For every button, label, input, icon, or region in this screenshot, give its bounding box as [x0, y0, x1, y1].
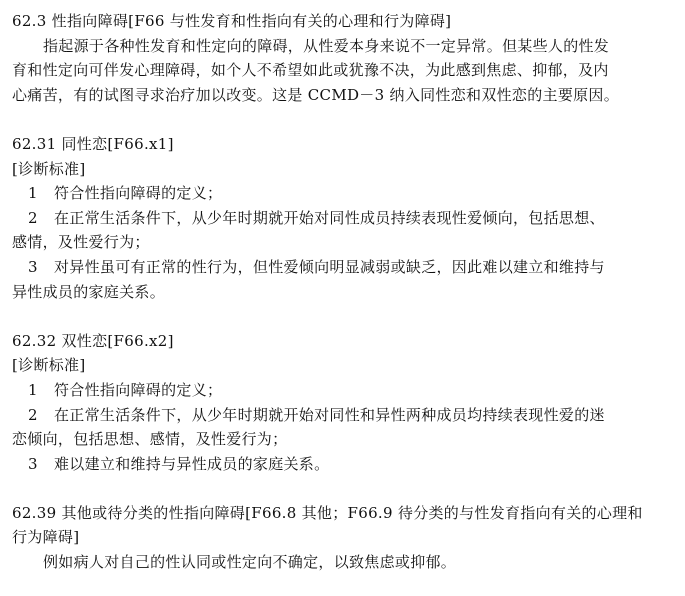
criteria-item: 1符合性指向障碍的定义； — [12, 181, 673, 206]
other-heading: 62.39 其他或待分类的性指向障碍[F66.8 其他；F66.9 待分类的与性… — [12, 501, 673, 526]
document-body: 62.3 性指向障碍[F66 与性发育和性指向有关的心理和行为障碍] 指起源于各… — [0, 0, 685, 575]
criteria-item: 3对异性虽可有正常的性行为，但性爱倾向明显减弱或缺乏，因此难以建立和维持与 — [12, 255, 673, 280]
item-text: 在正常生活条件下，从少年时期就开始对同性成员持续表现性爱倾向，包括思想、 — [54, 209, 605, 227]
spacer — [12, 107, 673, 132]
criteria-item-continuation: 感情，及性爱行为； — [12, 230, 673, 255]
item-text: 符合性指向障碍的定义； — [54, 184, 222, 202]
criteria-item: 2在正常生活条件下，从少年时期就开始对同性成员持续表现性爱倾向，包括思想、 — [12, 206, 673, 231]
other-paragraph: 例如病人对自己的性认同或性定向不确定，以致焦虑或抑郁。 — [12, 550, 673, 575]
item-text: 对异性虽可有正常的性行为，但性爱倾向明显减弱或缺乏，因此难以建立和维持与 — [54, 258, 605, 276]
section-paragraph-line: 育和性定向可伴发心理障碍，如个人不希望如此或犹豫不决，为此感到焦虑、抑郁，及内 — [12, 58, 673, 83]
item-number: 3 — [28, 255, 54, 280]
section-heading: 62.3 性指向障碍[F66 与性发育和性指向有关的心理和行为障碍] — [12, 9, 673, 34]
criteria-item-continuation: 异性成员的家庭关系。 — [12, 280, 673, 305]
item-number: 3 — [28, 452, 54, 477]
other-heading-continuation: 行为障碍] — [12, 525, 673, 550]
item-number: 1 — [28, 378, 54, 403]
item-text: 难以建立和维持与异性成员的家庭关系。 — [54, 455, 329, 473]
item-number: 1 — [28, 181, 54, 206]
homosexuality-heading: 62.31 同性恋[F66.x1] — [12, 132, 673, 157]
criteria-item: 3难以建立和维持与异性成员的家庭关系。 — [12, 452, 673, 477]
criteria-label: [诊断标准] — [12, 157, 673, 182]
item-text: 符合性指向障碍的定义； — [54, 381, 222, 399]
item-number: 2 — [28, 206, 54, 231]
bisexuality-heading: 62.32 双性恋[F66.x2] — [12, 329, 673, 354]
criteria-label: [诊断标准] — [12, 353, 673, 378]
criteria-item: 1符合性指向障碍的定义； — [12, 378, 673, 403]
section-paragraph-line: 指起源于各种性发育和性定向的障碍，从性爱本身来说不一定异常。但某些人的性发 — [12, 34, 673, 59]
item-number: 2 — [28, 403, 54, 428]
spacer — [12, 304, 673, 329]
item-text: 在正常生活条件下，从少年时期就开始对同性和异性两种成员均持续表现性爱的迷 — [54, 406, 605, 424]
criteria-item-continuation: 恋倾向，包括思想、感情，及性爱行为； — [12, 427, 673, 452]
criteria-item: 2在正常生活条件下，从少年时期就开始对同性和异性两种成员均持续表现性爱的迷 — [12, 403, 673, 428]
section-paragraph-line: 心痛苦，有的试图寻求治疗加以改变。这是 CCMD－3 纳入同性恋和双性恋的主要原… — [12, 83, 673, 108]
spacer — [12, 476, 673, 501]
